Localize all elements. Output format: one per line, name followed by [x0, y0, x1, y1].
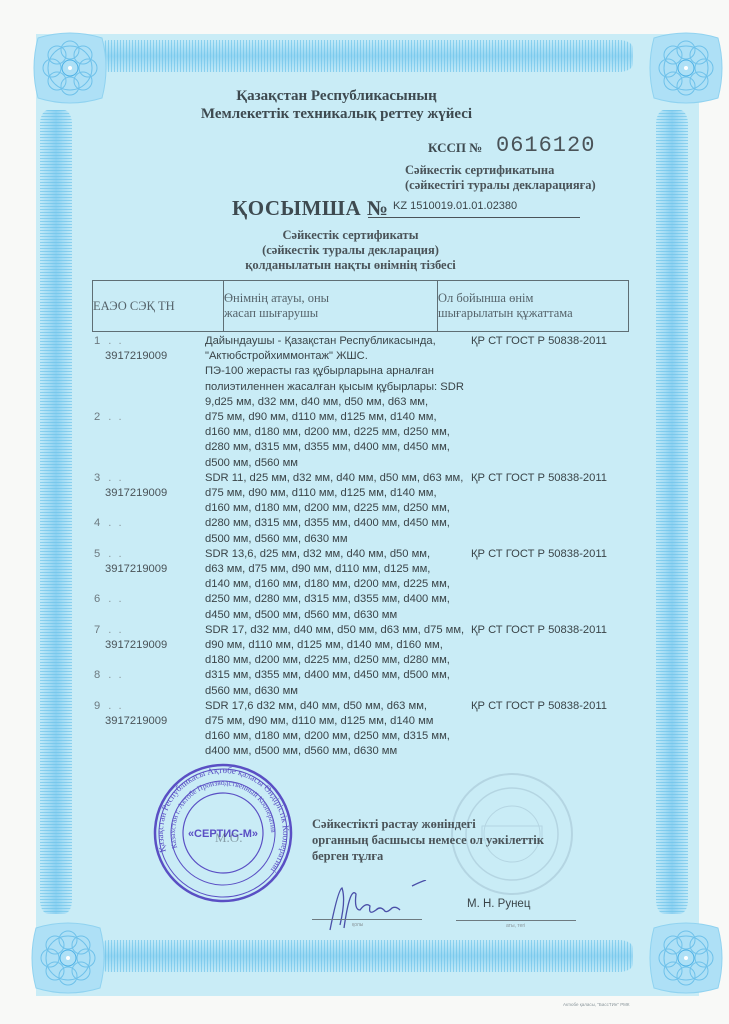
- tn-ved-code: 3917219009: [105, 486, 167, 501]
- product-description-line: d160 мм, d180 мм, d200 мм, d225 мм, d250…: [205, 501, 450, 516]
- certificate-to-line-2: (сәйкестігі туралы декларацияға): [405, 178, 596, 193]
- row-number: 5. .: [94, 547, 124, 562]
- certificate-to-line-1: Сәйкестік сертификатына: [405, 163, 554, 178]
- product-description-line: d250 мм, d280 мм, d315 мм, d355 мм, d400…: [205, 592, 450, 607]
- product-description-line: ПЭ-100 жерасты газ құбырларына арналған: [205, 364, 434, 379]
- row-number: 8. .: [94, 668, 124, 683]
- tn-ved-code: 3917219009: [105, 562, 167, 577]
- annex-number: KZ 1510019.01.01.02380: [393, 200, 517, 212]
- product-description-line: d560 мм, d630 мм: [205, 684, 298, 699]
- product-description-line: d160 мм, d180 мм, d200 мм, d250 мм, d315…: [205, 729, 450, 744]
- name-line: [456, 920, 576, 921]
- product-description-line: d90 мм, d110 мм, d125 мм, d140 мм, d160 …: [205, 638, 443, 653]
- issuer-line-2: Мемлекеттік техникалық реттеу жүйесі: [0, 106, 701, 123]
- product-description-line: SDR 17, d32 мм, d40 мм, d50 мм, d63 мм, …: [205, 623, 464, 638]
- standard-document: ҚР СТ ГОСТ Р 50838-2011: [471, 547, 607, 562]
- product-description-line: SDR 13,6, d25 мм, d32 мм, d40 мм, d50 мм…: [205, 547, 430, 562]
- product-description-line: d180 мм, d200 мм, d225 мм, d250 мм, d280…: [205, 653, 450, 668]
- row-number: 6. .: [94, 592, 124, 607]
- subtitle-line-2: (сәйкестік туралы декларация): [0, 243, 715, 258]
- row-number: 4. .: [94, 516, 124, 531]
- product-description-line: SDR 11, d25 мм, d32 мм, d40 мм, d50 мм, …: [205, 471, 463, 486]
- printer-note: Актюбе қаласы, "БассТИн" РМК: [563, 1002, 630, 1007]
- tn-ved-code: 3917219009: [105, 714, 167, 729]
- signatory-line-2: органның басшысы немесе ол уәкілеттік: [312, 833, 544, 848]
- signer-name: М. Н. Рунец: [467, 898, 530, 910]
- row-number: 7. .: [94, 623, 124, 638]
- product-description-line: d315 мм, d355 мм, d400 мм, d450 мм, d500…: [205, 668, 450, 683]
- annex-number-underline: [368, 217, 580, 218]
- product-description-line: d450 мм, d500 мм, d560 мм, d630 мм: [205, 608, 397, 623]
- product-description-line: d75 мм, d90 мм, d110 мм, d125 мм, d140 м…: [205, 714, 434, 729]
- product-description-line: SDR 17,6 d32 мм, d40 мм, d50 мм, d63 мм,: [205, 699, 427, 714]
- kssp-number: 0616120: [496, 133, 595, 158]
- product-description-line: полиэтиленнен жасалған қысым құбырлары: …: [205, 380, 464, 395]
- product-description-line: d280 мм, d315 мм, d355 мм, d400 мм, d450…: [205, 516, 450, 531]
- signatory-line-1: Сәйкестікті растау жөніндегі: [312, 817, 476, 832]
- product-description-line: d500 мм, d560 мм, d630 мм: [205, 532, 348, 547]
- product-description-line: d500 мм, d560 мм: [205, 456, 298, 471]
- product-description-line: d75 мм, d90 мм, d110 мм, d125 мм, d140 м…: [205, 410, 437, 425]
- tn-ved-code: 3917219009: [105, 638, 167, 653]
- signature-line: [312, 919, 422, 920]
- handwritten-signature-icon: [320, 880, 440, 935]
- row-number: 3. .: [94, 471, 124, 486]
- subtitle-line-3: қолданылатын нақты өнімнің тізбесі: [0, 258, 715, 273]
- row-number: 2. .: [94, 410, 124, 425]
- kssp-label: КССП №: [428, 140, 482, 156]
- name-caption: аты, тегі: [506, 923, 525, 929]
- product-description-line: d280 мм, d315 мм, d355 мм, d400 мм, d450…: [205, 440, 450, 455]
- tn-ved-code: 3917219009: [105, 349, 167, 364]
- standard-document: ҚР СТ ГОСТ Р 50838-2011: [471, 699, 607, 714]
- standard-document: ҚР СТ ГОСТ Р 50838-2011: [471, 623, 607, 638]
- row-number: 1. .: [94, 334, 124, 349]
- signature-caption: қолы: [352, 922, 363, 928]
- product-description-line: "Актюбстройхиммонтаж" ЖШС.: [205, 349, 368, 364]
- product-description-line: d160 мм, d180 мм, d200 мм, d225 мм, d250…: [205, 425, 450, 440]
- subtitle-line-1: Сәйкестік сертификаты: [0, 228, 715, 243]
- header-document: Ол бойынша өнімшығарылатын құжаттама: [438, 281, 629, 332]
- product-description-line: d140 мм, d160 мм, d180 мм, d200 мм, d225…: [205, 577, 450, 592]
- annex-title: ҚОСЫМША №: [232, 196, 389, 221]
- row-number: 9. .: [94, 699, 124, 714]
- certificate-annex: Қазақстан Республикасының Мемлекеттік те…: [0, 0, 729, 1024]
- signatory-line-3: берген тұлға: [312, 849, 383, 864]
- header-tn-ved: ЕАЭО СЭҚ ТН: [93, 281, 224, 332]
- standard-document: ҚР СТ ГОСТ Р 50838-2011: [471, 334, 607, 349]
- product-description-line: 9,d25 мм, d32 мм, d40 мм, d50 мм, d63 мм…: [205, 395, 428, 410]
- header-product-name: Өнімнің атауы, оныжасап шығарушы: [224, 281, 438, 332]
- product-description-line: d63 мм, d75 мм, d90 мм, d110 мм, d125 мм…: [205, 562, 430, 577]
- product-description-line: d400 мм, d500 мм, d560 мм, d630 мм: [205, 744, 397, 759]
- issuer-line-1: Қазақстан Республикасының: [0, 88, 701, 105]
- product-table-header: ЕАЭО СЭҚ ТН Өнімнің атауы, оныжасап шыға…: [92, 280, 629, 332]
- product-description-line: d75 мм, d90 мм, d110 мм, d125 мм, d140 м…: [205, 486, 437, 501]
- seal-place-label: М.О.: [215, 830, 242, 846]
- product-description-line: Дайындаушы - Қазақстан Республикасында,: [205, 334, 436, 349]
- standard-document: ҚР СТ ГОСТ Р 50838-2011: [471, 471, 607, 486]
